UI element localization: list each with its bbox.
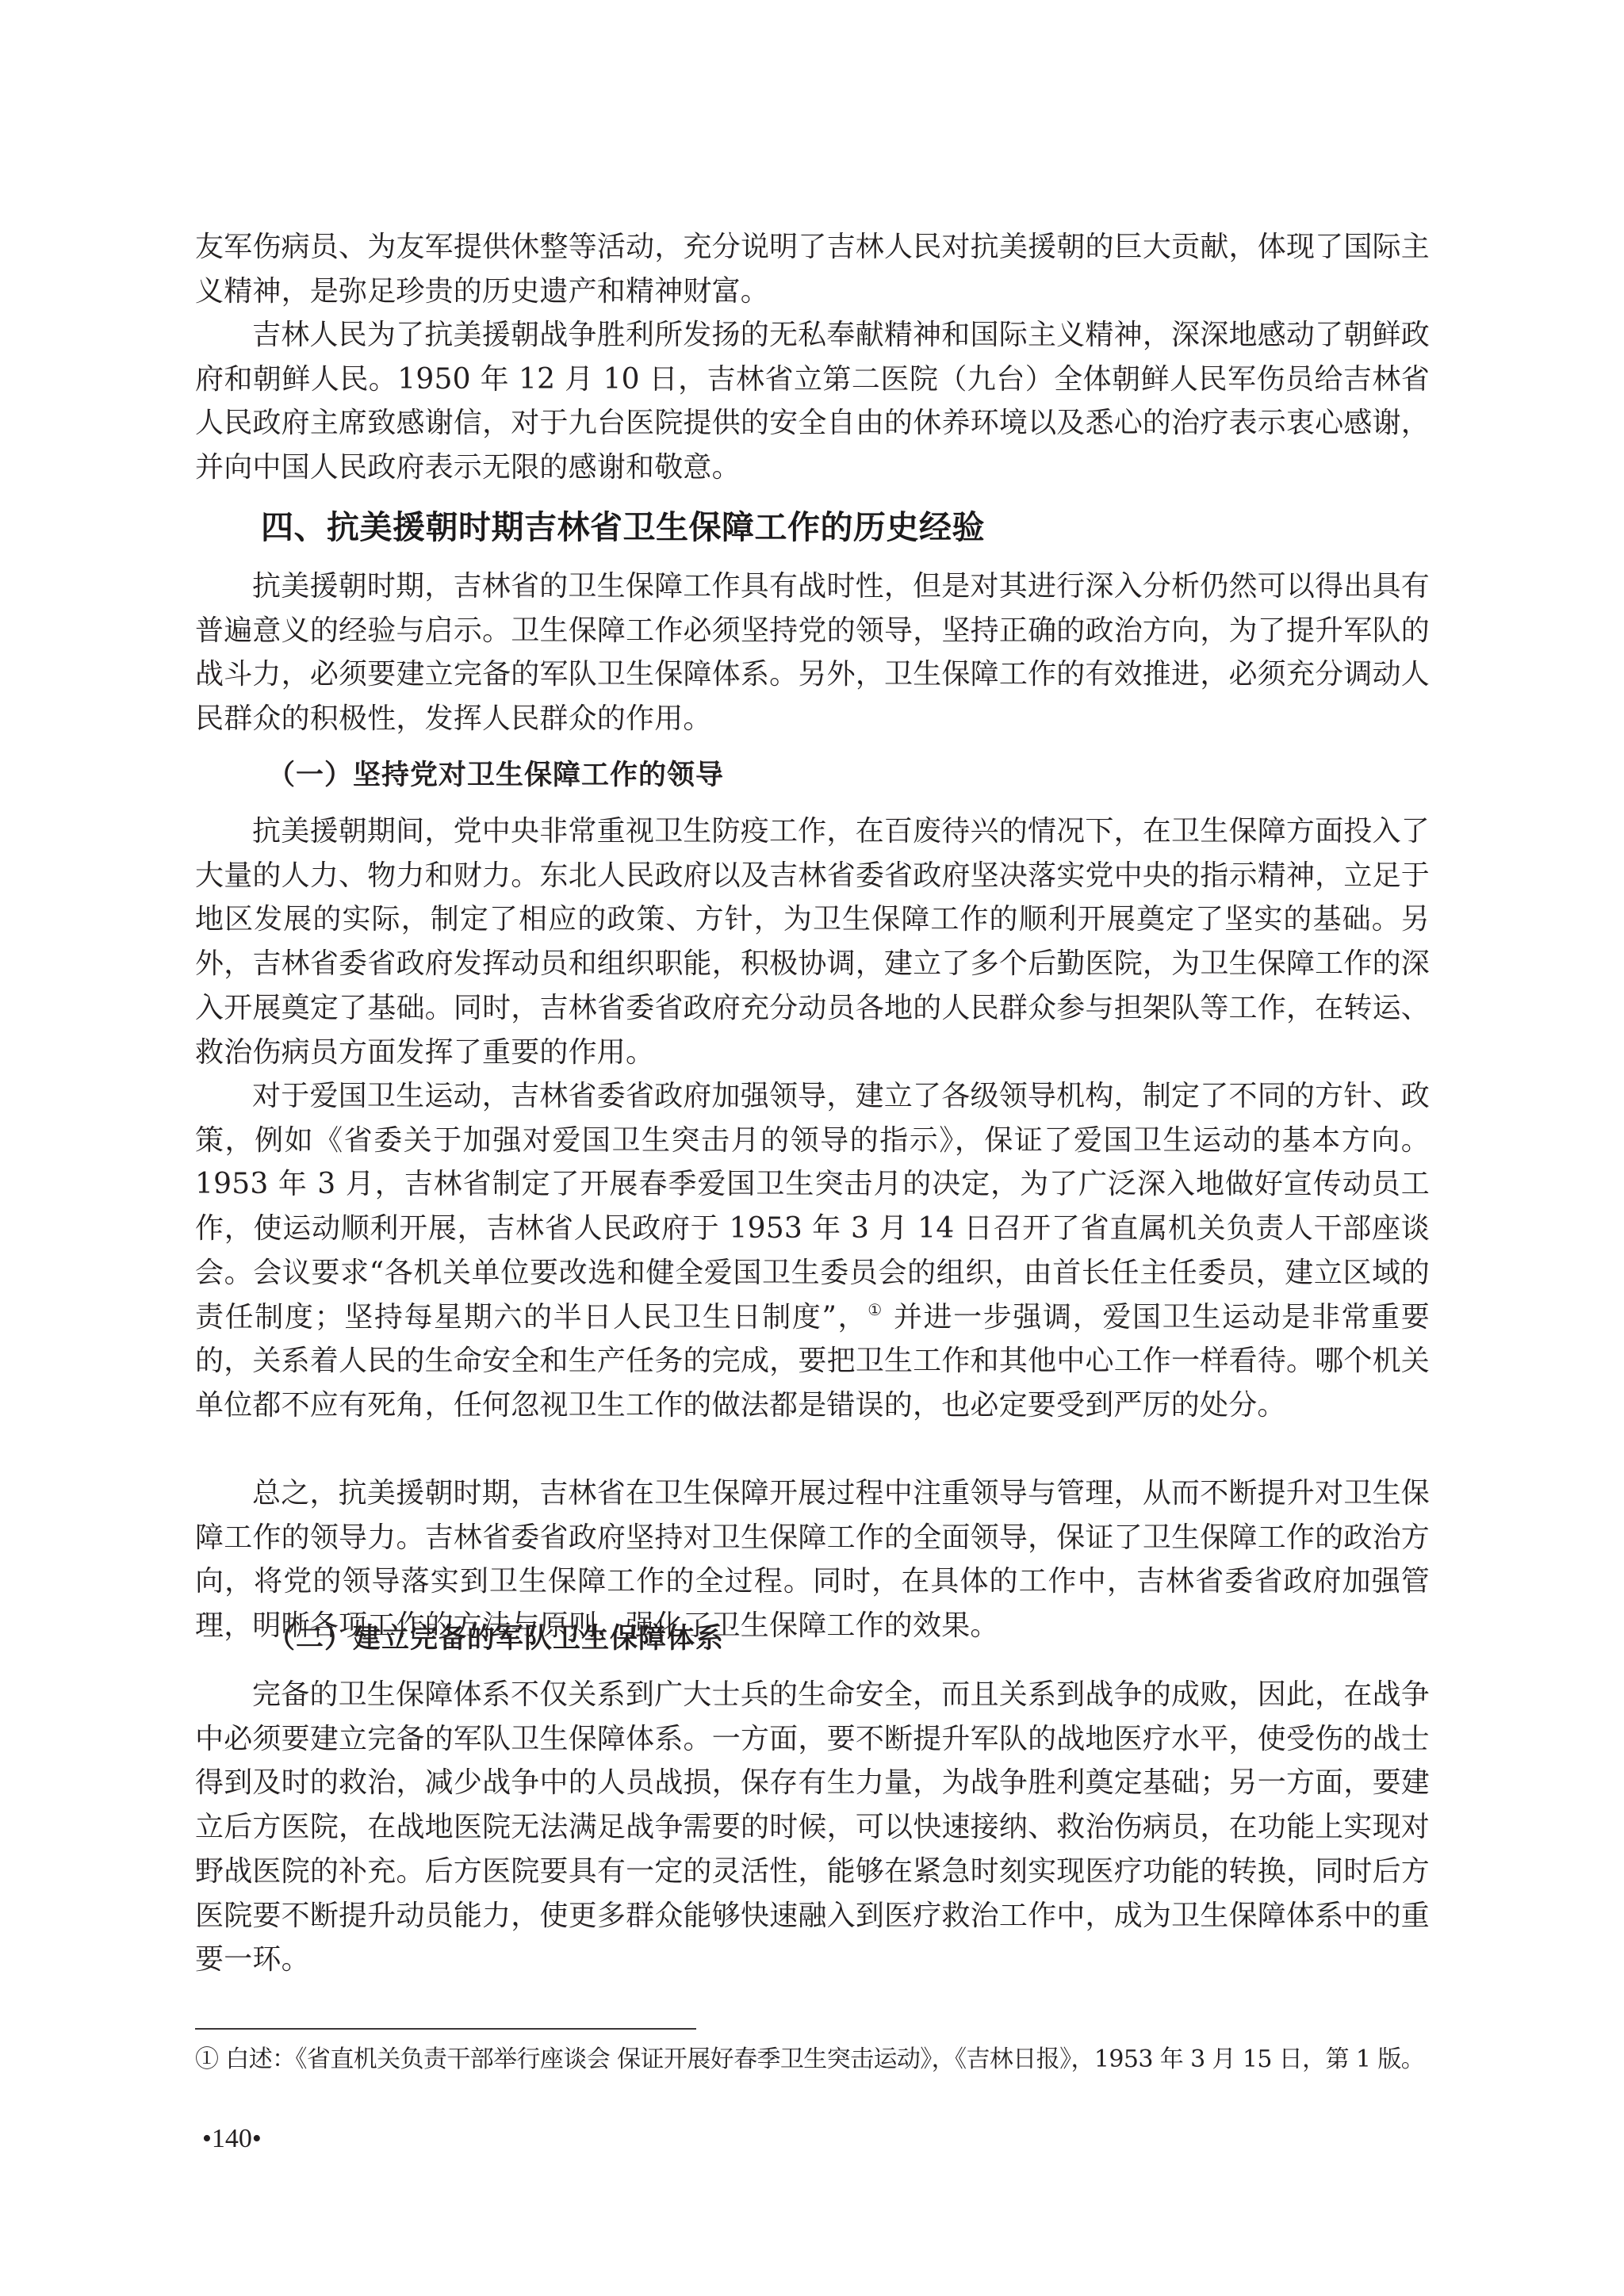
section-heading: 四、抗美援朝时期吉林省卫生保障工作的历史经验 [261,505,985,549]
body-text: 对于爱国卫生运动，吉林省委省政府加强领导，建立了各级领导机构，制定了不同的方针、… [195,1074,1430,1428]
paragraph-medical-system: 完备的卫生保障体系不仅关系到广大士兵的生命安全，而且关系到战争的成败，因此，在战… [195,1673,1430,1982]
paragraph-intro: 抗美援朝时期，吉林省的卫生保障工作具有战时性，但是对其进行深入分析仍然可以得出具… [195,564,1430,741]
paragraph-leadership: 抗美援朝期间，党中央非常重视卫生防疫工作，在百废待兴的情况下，在卫生保障方面投入… [195,809,1430,1074]
body-text: 完备的卫生保障体系不仅关系到广大士兵的生命安全，而且关系到战争的成败，因此，在战… [195,1673,1430,1982]
body-text: 抗美援朝时期，吉林省的卫生保障工作具有战时性，但是对其进行深入分析仍然可以得出具… [195,564,1430,741]
paragraph-thanks-letter: 吉林人民为了抗美援朝战争胜利所发扬的无私奉献精神和国际主义精神，深深地感动了朝鲜… [195,313,1430,490]
body-text-before-footnote: 对于爱国卫生运动，吉林省委省政府加强领导，建立了各级领导机构，制定了不同的方针、… [195,1080,1430,1334]
body-text: 吉林人民为了抗美援朝战争胜利所发扬的无私奉献精神和国际主义精神，深深地感动了朝鲜… [195,313,1430,490]
footnote-1: ① 白述：《省直机关负责干部举行座谈会 保证开展好春季卫生突击运动》，《吉林日报… [195,2044,1444,2076]
body-text: 友军伤病员、为友军提供休整等活动，充分说明了吉林人民对抗美援朝的巨大贡献，体现了… [195,225,1430,313]
page-number: •140• [202,2123,262,2155]
subsection-heading-2: （二）建立完备的军队卫生保障体系 [267,1617,724,1661]
footnote-divider [195,2028,696,2030]
footnote-marker[interactable]: ① [868,1300,883,1319]
subsection-heading-1: （一）坚持党对卫生保障工作的领导 [267,753,724,798]
paragraph-patriotic-movement: 对于爱国卫生运动，吉林省委省政府加强领导，建立了各级领导机构，制定了不同的方针、… [195,1074,1430,1428]
body-text: 抗美援朝期间，党中央非常重视卫生防疫工作，在百废待兴的情况下，在卫生保障方面投入… [195,809,1430,1074]
paragraph-continued: 友军伤病员、为友军提供休整等活动，充分说明了吉林人民对抗美援朝的巨大贡献，体现了… [195,225,1430,313]
